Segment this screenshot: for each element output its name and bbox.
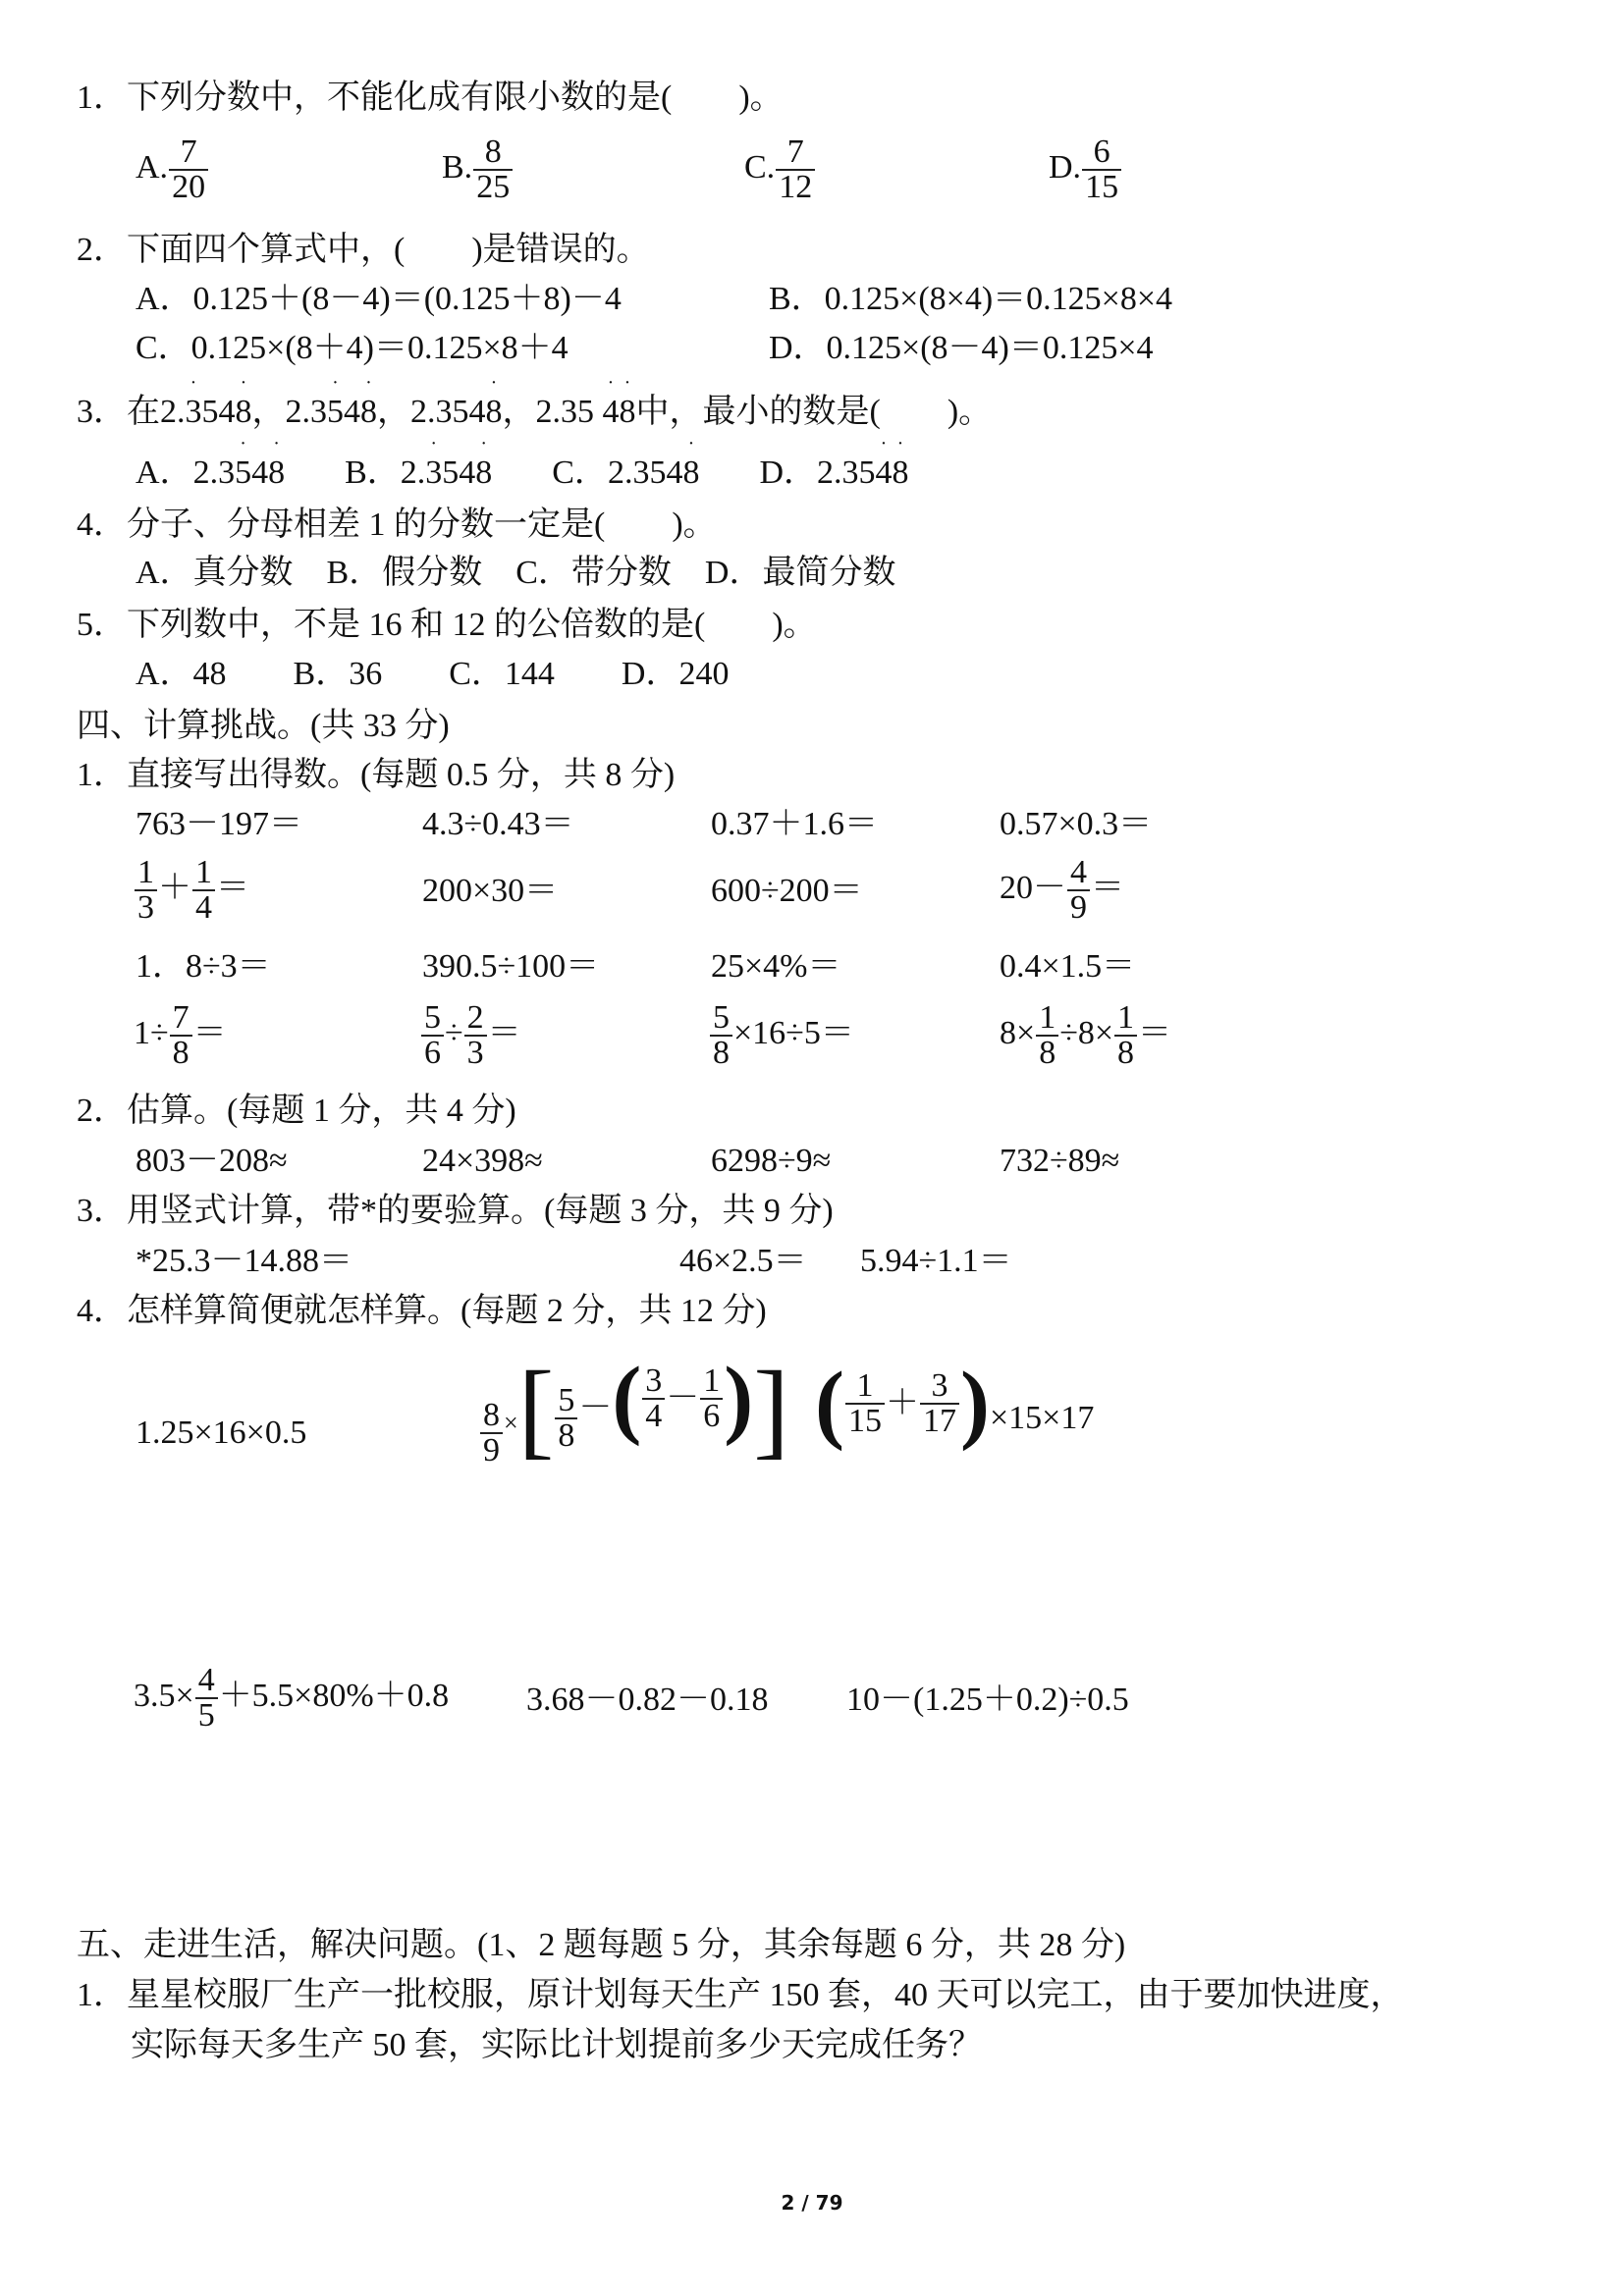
option-label: D. — [1049, 149, 1081, 186]
q2-option-d: D．0.125×(8－4)＝0.125×4 — [769, 329, 1154, 368]
q5-options: A．48 B．36 C．144 D．240 — [135, 655, 729, 694]
section5-title: 五、走进生活，解决问题。(1、2 题每题 5 分，其余每题 6 分，共 28 分… — [77, 1926, 1125, 1965]
p4-expr-4: 3.5×45＋5.5×80%＋0.8 — [134, 1664, 449, 1733]
fraction: 18 — [1036, 1001, 1058, 1070]
p1-title: 1．直接写出得数。(每题 0.5 分，共 8 分) — [77, 756, 675, 795]
q1-option-c: C.712 — [744, 135, 816, 204]
q3-number-4: 2.35 48 — [536, 394, 636, 430]
fraction: 13 — [135, 856, 157, 925]
fraction: 115 — [845, 1369, 885, 1438]
fraction: 78 — [170, 1001, 192, 1070]
fraction: 14 — [192, 856, 215, 925]
option-label: B. — [442, 149, 472, 186]
q3-prefix: 3．在 — [77, 394, 160, 430]
p1-r2-d: 20－49＝ — [1000, 856, 1124, 925]
fraction: 317 — [920, 1369, 959, 1438]
p4-expr-1: 1.25×16×0.5 — [135, 1414, 306, 1453]
p1-r4-d: 8×18÷8×18＝ — [1000, 1001, 1171, 1070]
p1-r1-c: 0.37＋1.6＝ — [711, 805, 878, 844]
fraction: 23 — [464, 1001, 487, 1070]
p1-r2-a: 13＋14＝ — [134, 856, 249, 925]
p3-item-2: 46×2.5＝ — [679, 1242, 807, 1281]
q3-option-d: D．2.3548 — [759, 454, 908, 491]
p1-r3-a: 1．8÷3＝ — [135, 947, 271, 987]
p2-item-2: 24×398≈ — [422, 1142, 543, 1181]
p4-expr-3: (115＋317)×15×17 — [815, 1350, 1094, 1458]
q2-option-b: B．0.125×(8×4)＝0.125×8×4 — [769, 280, 1172, 319]
q1-stem: 1．下列分数中，不能化成有限小数的是( )。 — [77, 79, 784, 118]
p1-r3-b: 390.5÷100＝ — [422, 947, 599, 987]
p1-r2-c: 600÷200＝ — [711, 872, 863, 911]
q3-option-a: A．2.3548 — [135, 454, 285, 491]
fraction: 89 — [480, 1399, 503, 1468]
p1-r3-d: 0.4×1.5＝ — [1000, 947, 1135, 987]
fraction: 615 — [1082, 135, 1121, 204]
p1-r1-a: 763－197＝ — [135, 805, 302, 844]
p4-expr-2: 89×[58－(34－16)] — [479, 1345, 789, 1472]
fraction: 45 — [195, 1664, 218, 1733]
q1-option-d: D.615 — [1049, 135, 1122, 204]
p1-r1-b: 4.3÷0.43＝ — [422, 805, 574, 844]
q5-stem: 5．下列数中，不是 16 和 12 的公倍数的是( )。 — [77, 606, 817, 645]
q3-options: A．2.3548 B．2.3548 C．2.3548 D．2.3548 — [135, 454, 909, 493]
fraction: 56 — [421, 1001, 444, 1070]
fraction: 712 — [776, 135, 815, 204]
p1-r2-b: 200×30＝ — [422, 872, 558, 911]
p1-r4-a: 1÷78＝ — [134, 1001, 227, 1070]
p2-title: 2．估算。(每题 1 分，共 4 分) — [77, 1092, 516, 1131]
fraction: 49 — [1067, 856, 1090, 925]
fraction: 34 — [642, 1364, 665, 1433]
s5-q1-line2: 实际每天多生产 50 套，实际比计划提前多少天完成任务？ — [131, 2026, 982, 2065]
q3-option-c: C．2.3548 — [552, 454, 699, 491]
p3-item-3: 5.94÷1.1＝ — [860, 1242, 1012, 1281]
fraction: 16 — [700, 1364, 723, 1433]
q2-option-a: A．0.125＋(8－4)＝(0.125＋8)－4 — [135, 280, 622, 319]
q4-stem: 4．分子、分母相差 1 的分数一定是( )。 — [77, 506, 717, 545]
q3-suffix: 中，最小的数是( )。 — [636, 394, 993, 430]
fraction: 720 — [169, 135, 208, 204]
q1-option-a: A.720 — [135, 135, 209, 204]
fraction: 58 — [710, 1001, 732, 1070]
q4-options: A．真分数 B．假分数 C．带分数 D．最简分数 — [135, 554, 895, 593]
q3-number-1: 2.3548 — [160, 394, 252, 430]
p3-title: 3．用竖式计算，带*的要验算。(每题 3 分，共 9 分) — [77, 1192, 834, 1231]
p1-r4-b: 56÷23＝ — [420, 1001, 521, 1070]
q3-number-3: 2.3548 — [410, 394, 503, 430]
q1-option-b: B.825 — [442, 135, 514, 204]
p3-item-1: *25.3－14.88＝ — [135, 1242, 352, 1281]
q3-stem: 3．在2.3548，2.3548，2.3548，2.35 48中，最小的数是( … — [77, 393, 992, 432]
q2-option-c: C．0.125×(8＋4)＝0.125×8＋4 — [135, 329, 568, 368]
p2-item-3: 6298÷9≈ — [711, 1142, 831, 1181]
fraction: 18 — [1114, 1001, 1137, 1070]
p4-expr-5: 3.68－0.82－0.18 — [526, 1681, 769, 1720]
option-label: C. — [744, 149, 775, 186]
p1-r4-c: 58×16÷5＝ — [709, 1001, 854, 1070]
p2-item-4: 732÷89≈ — [1000, 1142, 1119, 1181]
fraction: 58 — [555, 1384, 577, 1453]
fraction: 825 — [473, 135, 513, 204]
p1-r3-c: 25×4%＝ — [711, 947, 841, 987]
p2-item-1: 803－208≈ — [135, 1142, 288, 1181]
q2-stem: 2．下面四个算式中，( )是错误的。 — [77, 231, 650, 270]
q3-option-b: B．2.3548 — [345, 454, 492, 491]
option-label: A. — [135, 149, 168, 186]
q3-number-2: 2.3548 — [286, 394, 378, 430]
p1-r1-d: 0.57×0.3＝ — [1000, 805, 1152, 844]
p4-expr-6: 10－(1.25＋0.2)÷0.5 — [846, 1681, 1129, 1720]
p4-title: 4．怎样算简便就怎样算。(每题 2 分，共 12 分) — [77, 1292, 767, 1331]
s5-q1-line1: 1．星星校服厂生产一批校服，原计划每天生产 150 套，40 天可以完工，由于要… — [77, 1976, 1404, 2015]
page-number: 2 / 79 — [0, 2191, 1624, 2215]
section4-title: 四、计算挑战。(共 33 分) — [77, 707, 450, 746]
